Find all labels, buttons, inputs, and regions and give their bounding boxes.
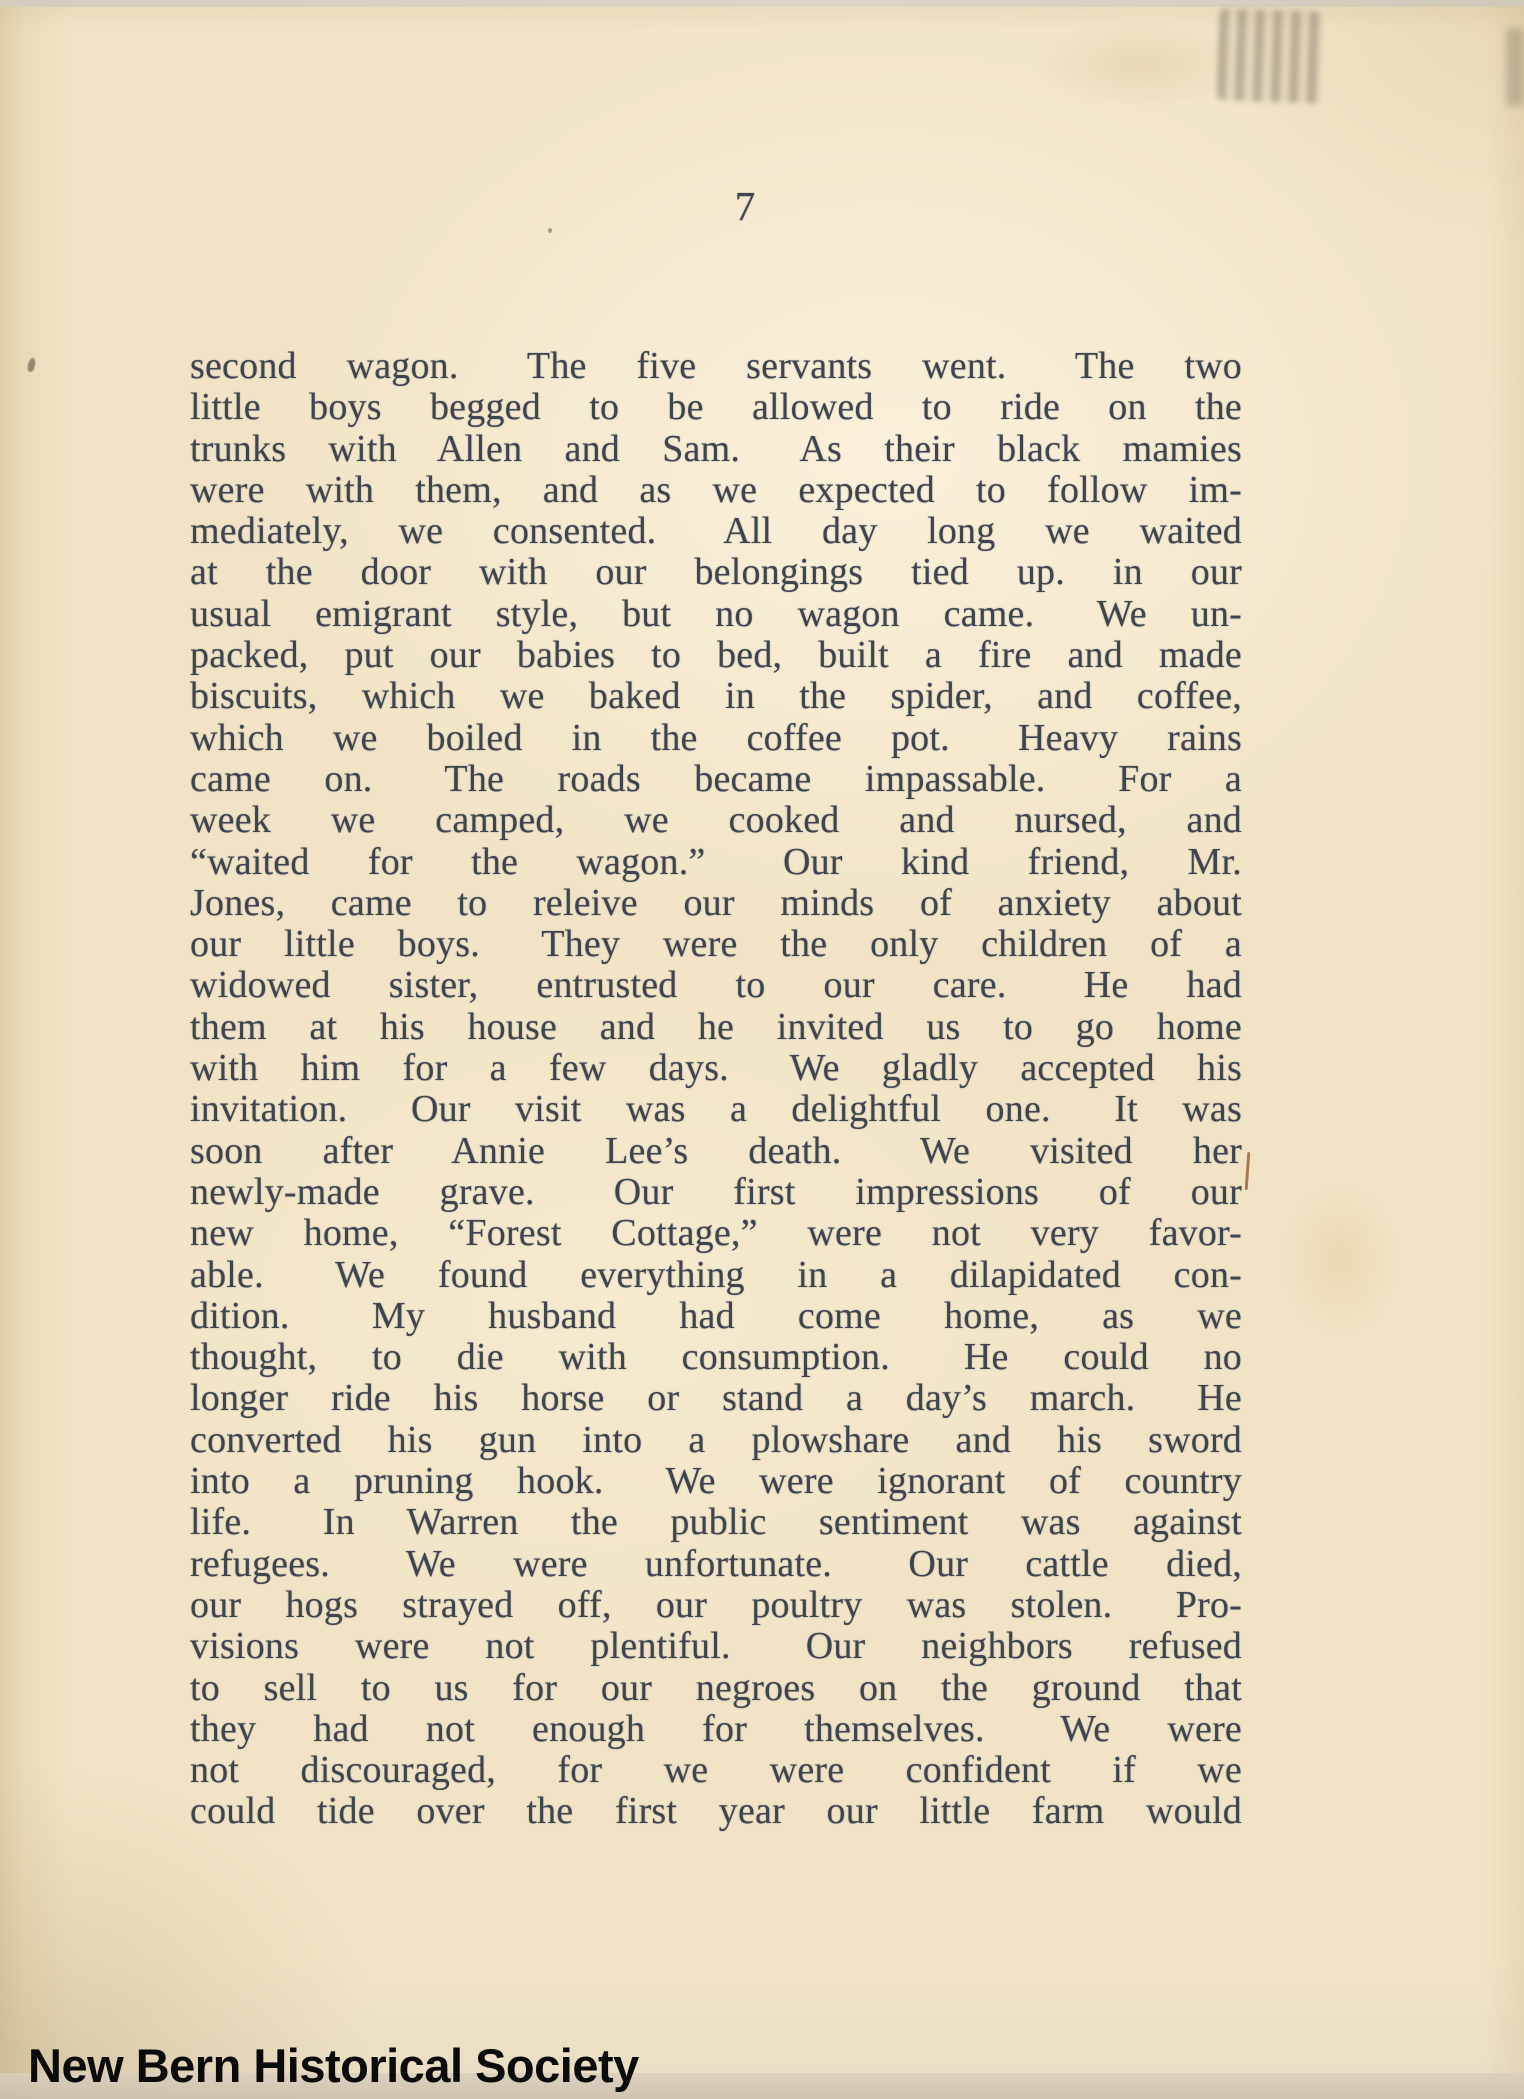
page-number: 7 — [190, 186, 1242, 227]
scan-top-edge — [0, 0, 1524, 7]
paper-speck — [27, 357, 37, 372]
scanned-page: 7 second wagon. The five servants went. … — [0, 0, 1524, 2099]
text-line: soon after Annie Lee’s death. We visited… — [190, 1131, 1242, 1172]
text-line: “waited for the wagon.” Our kind friend,… — [190, 842, 1242, 883]
text-line: little boys begged to be allowed to ride… — [190, 387, 1242, 428]
text-line: trunks with Allen and Sam. As their blac… — [190, 429, 1242, 470]
text-line: into a pruning hook. We were ignorant of… — [190, 1461, 1242, 1502]
text-line: our hogs strayed off, our poultry was st… — [190, 1585, 1242, 1626]
text-line: dition. My husband had come home, as we — [190, 1296, 1242, 1337]
text-line: could tide over the first year our littl… — [190, 1791, 1242, 1832]
text-line: to sell to us for our negroes on the gro… — [190, 1668, 1242, 1709]
text-line: with him for a few days. We gladly accep… — [190, 1048, 1242, 1089]
paper-fiber — [1245, 1152, 1250, 1190]
text-line: invitation. Our visit was a delightful o… — [190, 1089, 1242, 1130]
text-line: second wagon. The five servants went. Th… — [190, 346, 1242, 387]
page-text: second wagon. The five servants went. Th… — [190, 346, 1242, 1833]
text-line: usual emigrant style, but no wagon came.… — [190, 594, 1242, 635]
text-line: week we camped, we cooked and nursed, an… — [190, 800, 1242, 841]
text-line: biscuits, which we baked in the spider, … — [190, 676, 1242, 717]
text-line: new home, “Forest Cottage,” were not ver… — [190, 1213, 1242, 1254]
text-line: mediately, we consented. All day long we… — [190, 511, 1242, 552]
text-line: converted his gun into a plowshare and h… — [190, 1420, 1242, 1461]
text-line: able. We found everything in a dilapidat… — [190, 1255, 1242, 1296]
text-line: visions were not plentiful. Our neighbor… — [190, 1626, 1242, 1667]
text-line: life. In Warren the public sentiment was… — [190, 1502, 1242, 1543]
text-line: them at his house and he invited us to g… — [190, 1007, 1242, 1048]
ink-smudge-edge — [1506, 28, 1524, 106]
text-line: widowed sister, entrusted to our care. H… — [190, 965, 1242, 1006]
text-line: Jones, came to releive our minds of anxi… — [190, 883, 1242, 924]
text-line: our little boys. They were the only chil… — [190, 924, 1242, 965]
text-line: refugees. We were unfortunate. Our cattl… — [190, 1544, 1242, 1585]
text-line: longer ride his horse or stand a day’s m… — [190, 1378, 1242, 1419]
text-line: thought, to die with consumption. He cou… — [190, 1337, 1242, 1378]
paper-stain — [1280, 1180, 1400, 1340]
paper-speck — [548, 228, 552, 233]
text-line: not discouraged, for we were confident i… — [190, 1750, 1242, 1791]
text-line: which we boiled in the coffee pot. Heavy… — [190, 718, 1242, 759]
ink-smudge — [1216, 8, 1323, 104]
text-line: they had not enough for themselves. We w… — [190, 1709, 1242, 1750]
text-line: came on. The roads became impassable. Fo… — [190, 759, 1242, 800]
watermark-label: New Bern Historical Society — [28, 2042, 639, 2089]
text-line: at the door with our belongings tied up.… — [190, 552, 1242, 593]
text-line: newly-made grave. Our first impressions … — [190, 1172, 1242, 1213]
text-line: were with them, and as we expected to fo… — [190, 470, 1242, 511]
text-line: packed, put our babies to bed, built a f… — [190, 635, 1242, 676]
